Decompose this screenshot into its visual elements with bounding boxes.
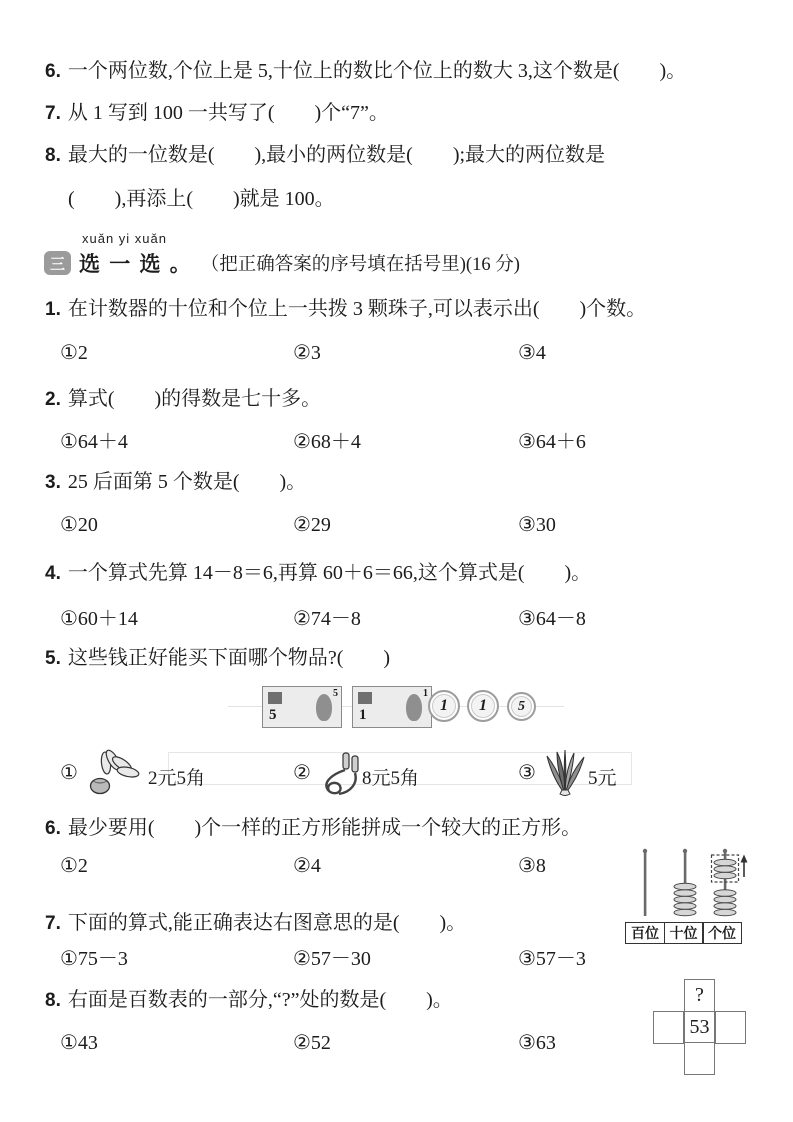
banknote-corner-value: 5 [333, 688, 338, 699]
question-text: 这些钱正好能买下面哪个物品?( ) [68, 647, 390, 669]
section-note: （把正确答案的序号填在括号里)(16 分) [201, 250, 520, 276]
question-number: 8. [45, 990, 61, 1011]
question-line-7: 7.从 1 写到 100 一共写了( )个“7”。 [45, 100, 389, 127]
banknote-seal [358, 692, 372, 704]
banknote-value: 1 [359, 707, 367, 724]
chart-cell-empty [715, 1011, 746, 1044]
item-mark: ② [293, 760, 311, 785]
question-number: 3. [45, 472, 61, 493]
question-number: 7. [45, 913, 61, 934]
chart-cell-empty [653, 1011, 684, 1044]
abacus-figure: 百位 十位 个位 [625, 848, 745, 944]
question-text: ( ),再添上( )就是 100。 [68, 188, 335, 210]
question-text: 右面是百数表的一部分,“?”处的数是( )。 [68, 989, 453, 1011]
vegetable-icon [543, 748, 587, 796]
option: ①75－3 [60, 942, 128, 971]
question-number: 6. [45, 61, 61, 82]
option: ③64－8 [518, 602, 586, 631]
question-number: 1. [45, 299, 61, 320]
question-text: 最少要用( )个一样的正方形能拼成一个较大的正方形。 [68, 817, 581, 839]
question-number: 5. [45, 648, 61, 669]
banknote-corner-value: 1 [423, 688, 428, 699]
question-text: 在计数器的十位和个位上一共拨 3 颗珠子,可以表示出( )个数。 [68, 298, 646, 320]
option: ①64＋4 [60, 425, 128, 454]
option: ②57－30 [293, 942, 371, 971]
option: ①2 [60, 853, 88, 878]
question-line-8: 8.最大的一位数是( ),最小的两位数是( );最大的两位数是 [45, 142, 605, 169]
question-text: 下面的算式,能正确表达右图意思的是( )。 [68, 912, 466, 934]
coin-5-jiao: 5 [507, 692, 536, 721]
banknote-1-yuan: 1 1 [352, 686, 432, 728]
option: ③4 [518, 340, 546, 365]
place-label-hundreds: 百位 [625, 922, 665, 944]
question-text: 算式( )的得数是七十多。 [68, 388, 321, 410]
place-label-tens: 十位 [664, 922, 704, 944]
option: ②4 [293, 853, 321, 878]
section-header: 三 选 一 选 。 （把正确答案的序号填在括号里)(16 分) [44, 248, 520, 278]
question-number: 6. [45, 818, 61, 839]
question-text: 最大的一位数是( ),最小的两位数是( );最大的两位数是 [68, 144, 605, 166]
question-line-c4: 4.一个算式先算 14－8＝6,再算 60＋6＝66,这个算式是( )。 [45, 560, 591, 587]
option: ③30 [518, 512, 556, 537]
item-mark: ① [60, 760, 78, 785]
option: ②3 [293, 340, 321, 365]
coin-1-yuan: 1 [467, 690, 499, 722]
option: ①2 [60, 340, 88, 365]
question-number: 4. [45, 563, 61, 584]
option: ①20 [60, 512, 98, 537]
coin-1-yuan: 1 [428, 690, 460, 722]
item-mark: ③ [518, 760, 536, 785]
abacus-place-labels: 百位 十位 个位 [625, 922, 745, 944]
chart-cell-question: ? [684, 979, 715, 1012]
option: ③57－3 [518, 942, 586, 971]
portrait-icon [316, 694, 332, 721]
question-line-c8: 8.右面是百数表的一部分,“?”处的数是( )。 [45, 987, 453, 1014]
question-line-c2: 2.算式( )的得数是七十多。 [45, 386, 321, 413]
option: ②52 [293, 1030, 331, 1055]
price-label: 8元5角 [362, 763, 419, 790]
question-text: 一个算式先算 14－8＝6,再算 60＋6＝66,这个算式是( )。 [68, 562, 591, 584]
banknote-seal [268, 692, 282, 704]
question-text: 25 后面第 5 个数是( )。 [68, 471, 306, 493]
question-line-c1: 1.在计数器的十位和个位上一共拨 3 颗珠子,可以表示出( )个数。 [45, 296, 646, 323]
price-label: 5元 [588, 763, 617, 790]
option: ①60＋14 [60, 602, 138, 631]
hundred-chart-figure: ? 53 [653, 979, 746, 1078]
banknote-value: 5 [269, 707, 277, 724]
portrait-icon [406, 694, 422, 721]
worksheet-page: 6.一个两位数,个位上是 5,十位上的数比个位上的数大 3,这个数是( )。 7… [0, 0, 793, 1122]
question-number: 8. [45, 145, 61, 166]
chart-cell-empty [684, 1042, 715, 1075]
option: ③8 [518, 853, 546, 878]
question-line-c3: 3.25 后面第 5 个数是( )。 [45, 469, 306, 496]
question-line-c6: 6.最少要用( )个一样的正方形能拼成一个较大的正方形。 [45, 815, 581, 842]
option: ②29 [293, 512, 331, 537]
banknote-5-yuan: 5 5 [262, 686, 342, 728]
section-title: 选 一 选 。 [79, 248, 193, 278]
question-number: 2. [45, 389, 61, 410]
option: ①43 [60, 1030, 98, 1055]
option: ②68＋4 [293, 425, 361, 454]
question-line-8-cont: ( ),再添上( )就是 100。 [68, 186, 335, 212]
question-number: 7. [45, 103, 61, 124]
jump-rope-icon [318, 750, 364, 796]
option: ②74－8 [293, 602, 361, 631]
coin-value: 1 [440, 697, 448, 715]
question-line-c5: 5.这些钱正好能买下面哪个物品?( ) [45, 645, 390, 672]
coin-value: 5 [518, 699, 525, 715]
coin-value: 1 [479, 697, 487, 715]
items-row: ① 2元5角 ② 8元5角 ③ [0, 748, 793, 798]
option: ③64＋6 [518, 425, 586, 454]
section-badge: 三 [44, 251, 71, 275]
question-text: 一个两位数,个位上是 5,十位上的数比个位上的数大 3,这个数是( )。 [68, 60, 686, 82]
price-label: 2元5角 [148, 763, 205, 790]
option: ③63 [518, 1030, 556, 1055]
question-line-c7: 7.下面的算式,能正确表达右图意思的是( )。 [45, 910, 466, 937]
abacus-rods-and-beads [625, 848, 749, 918]
shuttlecock-icon [86, 748, 144, 796]
question-line-6: 6.一个两位数,个位上是 5,十位上的数比个位上的数大 3,这个数是( )。 [45, 58, 686, 85]
chart-cell-53: 53 [684, 1011, 715, 1044]
question-text: 从 1 写到 100 一共写了( )个“7”。 [68, 102, 389, 124]
place-label-ones: 个位 [702, 922, 742, 944]
section-pinyin: xuǎn yi xuǎn [82, 231, 167, 246]
